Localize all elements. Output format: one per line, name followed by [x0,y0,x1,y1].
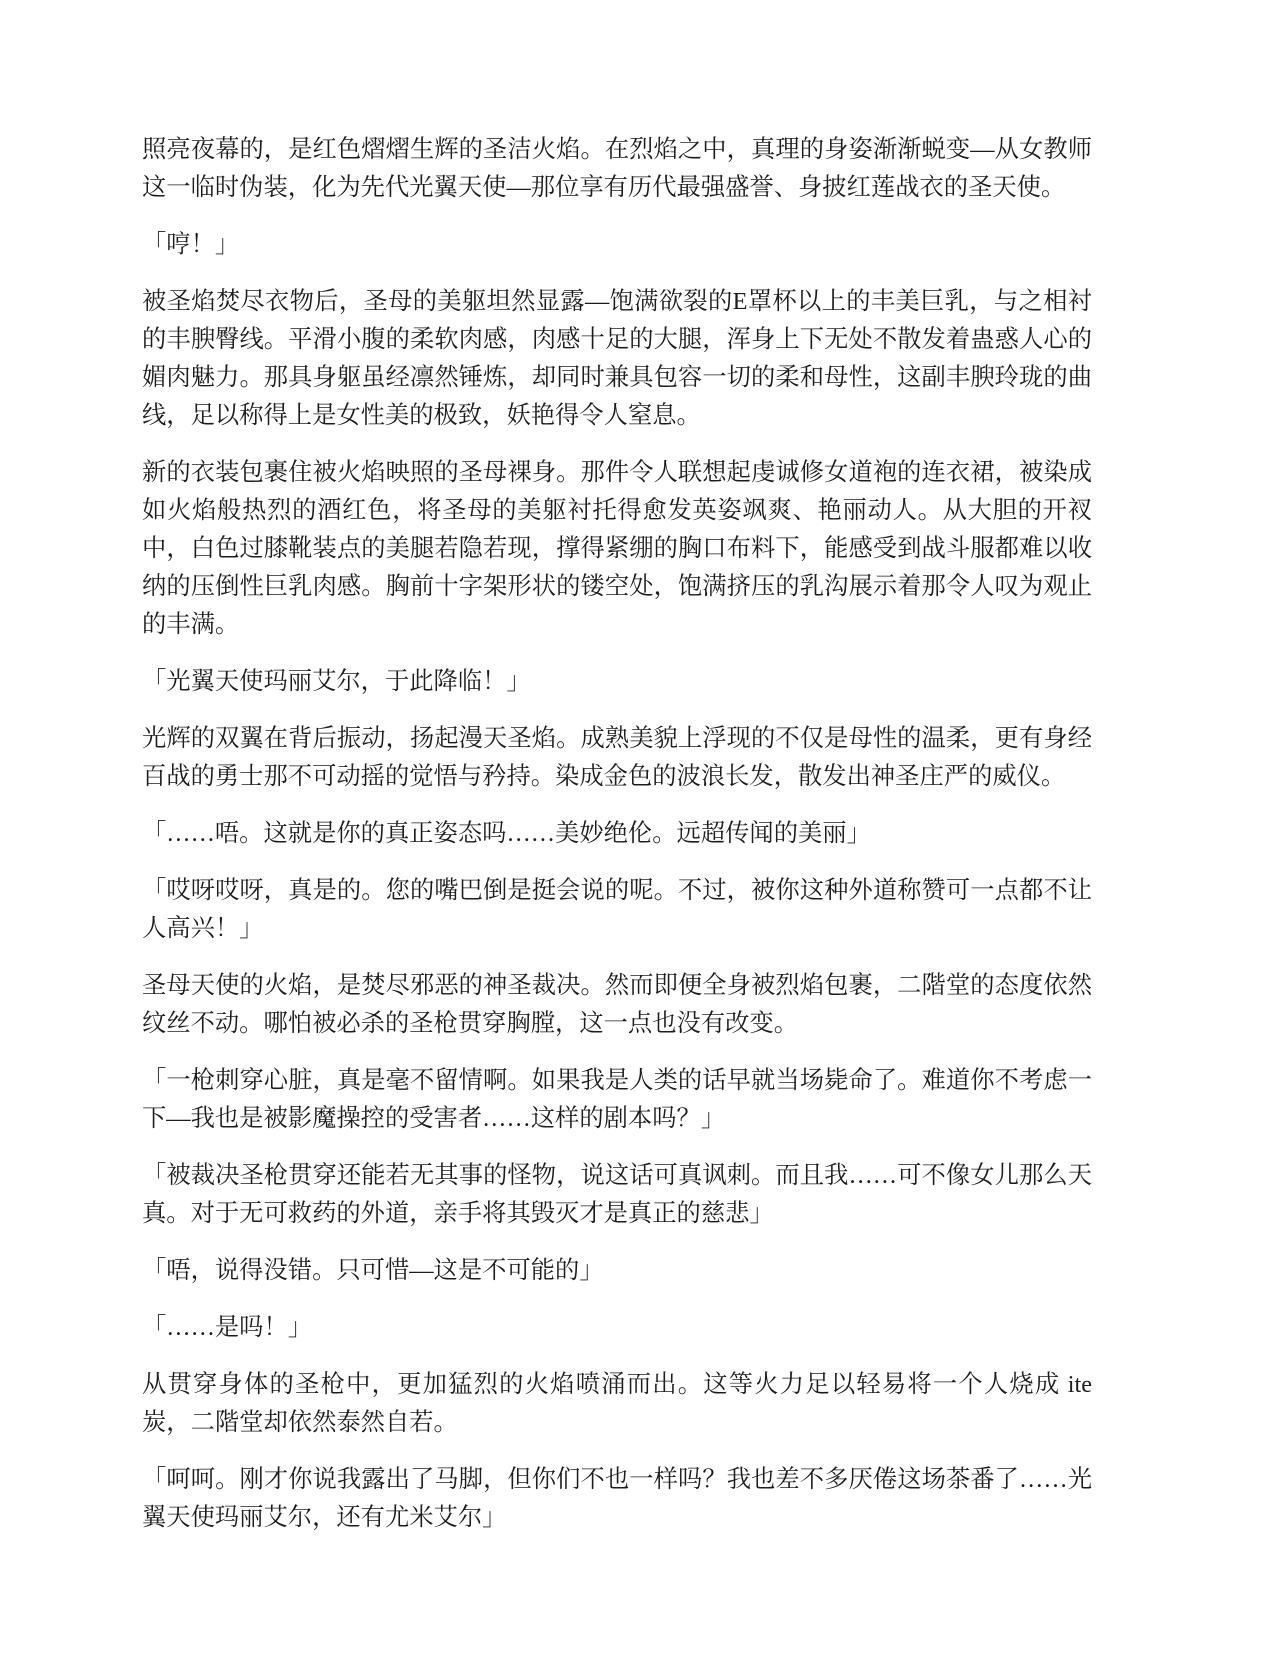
paragraph-dialogue: 「一枪刺穿心脏，真是毫不留情啊。如果我是人类的话早就当场毙命了。难道你不考虑一下… [142,1062,1092,1138]
paragraph-narration: 照亮夜幕的，是红色熠熠生辉的圣洁火焰。在烈焰之中，真理的身姿渐渐蜕变—从女教师这… [142,131,1092,207]
paragraph-narration: 被圣焰焚尽衣物后，圣母的美躯坦然显露—饱满欲裂的E罩杯以上的丰美巨乳，与之相衬的… [142,283,1092,435]
paragraph-dialogue: 「唔，说得没错。只可惜—这是不可能的」 [142,1252,1092,1290]
paragraph-dialogue: 「……是吗！」 [142,1309,1092,1347]
paragraph-narration: 光辉的双翼在背后振动，扬起漫天圣焰。成熟美貌上浮现的不仅是母性的温柔，更有身经百… [142,720,1092,796]
paragraph-narration: 圣母天使的火焰，是焚尽邪恶的神圣裁决。然而即便全身被烈焰包裹，二階堂的态度依然纹… [142,967,1092,1043]
novel-page: 照亮夜幕的，是红色熠熠生辉的圣洁火焰。在烈焰之中，真理的身姿渐渐蜕变—从女教师这… [0,0,1280,1656]
paragraph-dialogue: 「哼！」 [142,226,1092,264]
paragraph-dialogue: 「……唔。这就是你的真正姿态吗……美妙绝伦。远超传闻的美丽」 [142,815,1092,853]
paragraph-dialogue: 「呵呵。刚才你说我露出了马脚，但你们不也一样吗？我也差不多厌倦这场茶番了……光翼… [142,1461,1092,1537]
paragraph-dialogue: 「哎呀哎呀，真是的。您的嘴巴倒是挺会说的呢。不过，被你这种外道称赞可一点都不让人… [142,872,1092,948]
paragraph-dialogue: 「光翼天使玛丽艾尔，于此降临！」 [142,663,1092,701]
paragraph-dialogue: 「被裁决圣枪贯穿还能若无其事的怪物，说这话可真讽刺。而且我……可不像女儿那么天真… [142,1157,1092,1233]
paragraph-narration: 新的衣装包裹住被火焰映照的圣母裸身。那件令人联想起虔诚修女道袍的连衣裙，被染成如… [142,454,1092,644]
paragraph-narration: 从贯穿身体的圣枪中，更加猛烈的火焰喷涌而出。这等火力足以轻易将一个人烧成 ite… [142,1366,1092,1442]
text-content: 照亮夜幕的，是红色熠熠生辉的圣洁火焰。在烈焰之中，真理的身姿渐渐蜕变—从女教师这… [142,131,1142,1537]
